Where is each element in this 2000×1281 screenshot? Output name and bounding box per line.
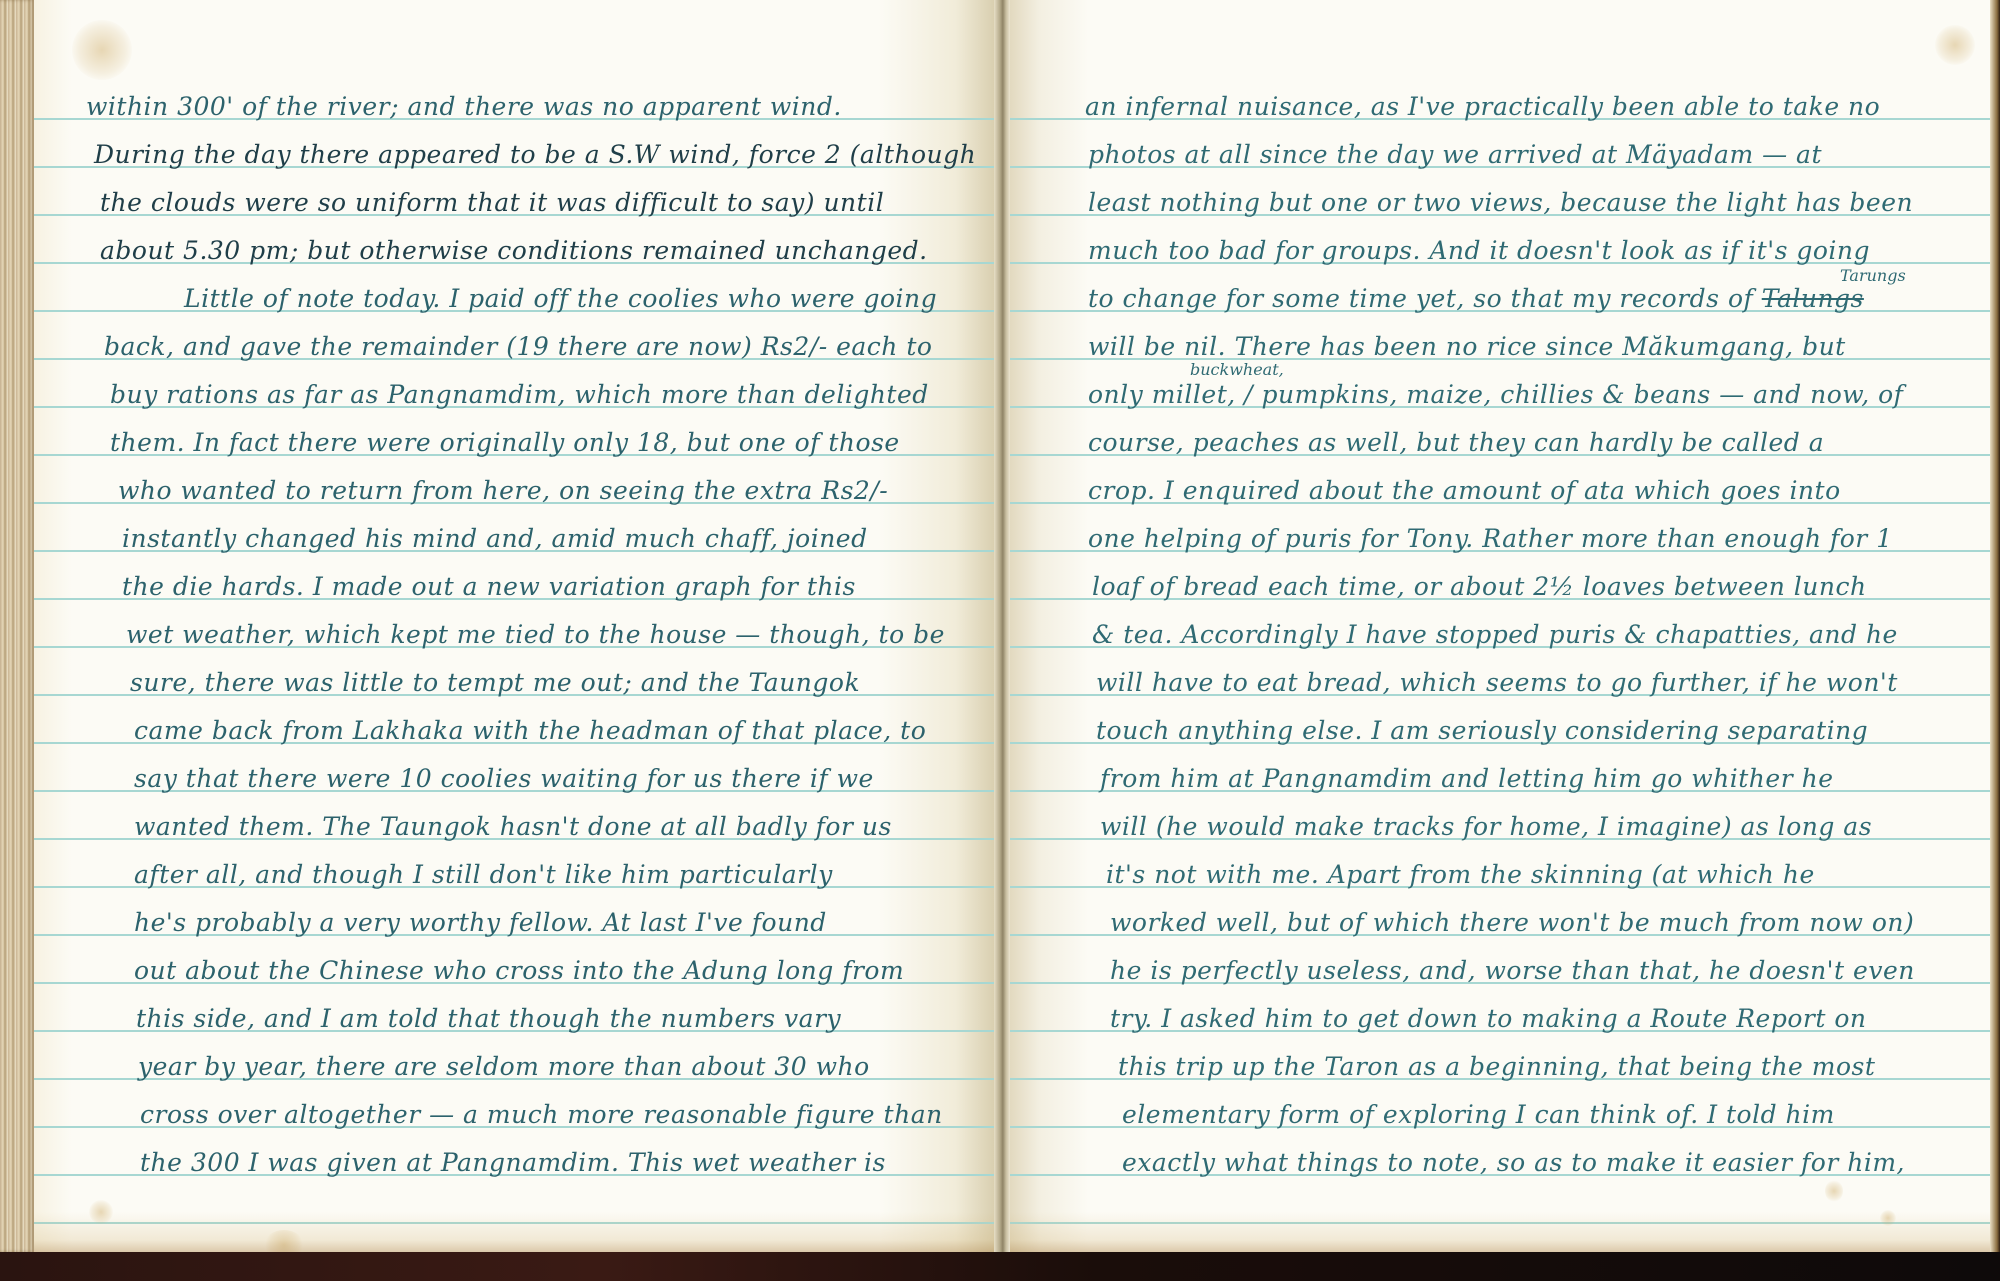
handwritten-line: elementary form of exploring I can think… — [1122, 1100, 1835, 1130]
handwritten-line: about 5.30 pm; but otherwise conditions … — [100, 236, 928, 266]
struck-word: Talungs — [1762, 284, 1864, 313]
handwritten-line: photos at all since the day we arrived a… — [1088, 140, 1822, 170]
handwritten-line: the clouds were so uniform that it was d… — [100, 188, 884, 218]
handwritten-line: an infernal nuisance, as I've practicall… — [1085, 92, 1880, 122]
handwritten-line: will have to eat bread, which seems to g… — [1096, 668, 1898, 698]
handwritten-line: crop. I enquired about the amount of ata… — [1088, 476, 1841, 506]
handwritten-line: to change for some time yet, so that my … — [1088, 284, 1864, 314]
handwritten-line: exactly what things to note, so as to ma… — [1122, 1148, 1905, 1178]
handwritten-line: cross over altogether — a much more reas… — [140, 1100, 943, 1130]
handwritten-line: will be nil. There has been no rice sinc… — [1088, 332, 1846, 362]
handwritten-line: came back from Lakhaka with the headman … — [134, 716, 926, 746]
handwritten-line: only millet, / pumpkins, maize, chillies… — [1088, 380, 1903, 410]
interlinear-insertion: buckwheat, — [1190, 360, 1284, 379]
handwritten-line: instantly changed his mind and, amid muc… — [122, 524, 868, 554]
book-page-edges-right — [1990, 0, 2000, 1252]
handwritten-line: say that there were 10 coolies waiting f… — [134, 764, 874, 794]
book-gutter — [994, 0, 1010, 1252]
handwritten-line: much too bad for groups. And it doesn't … — [1088, 236, 1870, 266]
handwritten-line: During the day there appeared to be a S.… — [94, 140, 976, 170]
book-page-edges-left — [0, 0, 34, 1252]
handwritten-line: sure, there was little to tempt me out; … — [130, 668, 860, 698]
interlinear-insertion: Tarungs — [1840, 266, 1906, 285]
handwritten-line: wet weather, which kept me tied to the h… — [126, 620, 945, 650]
handwritten-line: year by year, there are seldom more than… — [138, 1052, 870, 1082]
handwritten-line: & tea. Accordingly I have stopped puris … — [1092, 620, 1898, 650]
right-page: an infernal nuisance, as I've practicall… — [1010, 0, 1990, 1252]
handwritten-line: the 300 I was given at Pangnamdim. This … — [140, 1148, 886, 1178]
handwritten-line: loaf of bread each time, or about 2½ loa… — [1092, 572, 1867, 602]
handwritten-line: back, and gave the remainder (19 there a… — [104, 332, 932, 362]
handwritten-line: them. In fact there were originally only… — [110, 428, 900, 458]
handwritten-line: course, peaches as well, but they can ha… — [1088, 428, 1824, 458]
handwritten-line: he is perfectly useless, and, worse than… — [1110, 956, 1915, 986]
handwritten-line: who wanted to return from here, on seein… — [118, 476, 888, 506]
handwritten-line: buy rations as far as Pangnamdim, which … — [110, 380, 929, 410]
handwritten-line: after all, and though I still don't like… — [134, 860, 833, 890]
handwritten-line: from him at Pangnamdim and letting him g… — [1100, 764, 1834, 794]
left-page: within 300' of the river; and there was … — [34, 0, 994, 1252]
right-page-text: an infernal nuisance, as I've practicall… — [1010, 0, 1990, 1252]
handwritten-line: out about the Chinese who cross into the… — [134, 956, 904, 986]
handwritten-line: the die hards. I made out a new variatio… — [122, 572, 856, 602]
book-cover-bottom — [0, 1252, 2000, 1281]
journal-spread: within 300' of the river; and there was … — [0, 0, 2000, 1252]
handwritten-line: try. I asked him to get down to making a… — [1110, 1004, 1866, 1034]
handwritten-line: it's not with me. Apart from the skinnin… — [1106, 860, 1815, 890]
handwritten-line: he's probably a very worthy fellow. At l… — [134, 908, 827, 938]
handwritten-line: one helping of puris for Tony. Rather mo… — [1088, 524, 1893, 554]
handwritten-line: Little of note today. I paid off the coo… — [184, 284, 937, 314]
handwritten-line: this trip up the Taron as a beginning, t… — [1118, 1052, 1875, 1082]
handwritten-line: touch anything else. I am seriously cons… — [1096, 716, 1868, 746]
handwritten-line: this side, and I am told that though the… — [136, 1004, 841, 1034]
handwritten-line: will (he would make tracks for home, I i… — [1100, 812, 1872, 842]
line-text: to change for some time yet, so that my … — [1088, 284, 1753, 313]
handwritten-line: least nothing but one or two views, beca… — [1088, 188, 1913, 218]
handwritten-line: within 300' of the river; and there was … — [86, 92, 842, 122]
handwritten-line: worked well, but of which there won't be… — [1110, 908, 1914, 938]
left-page-text: within 300' of the river; and there was … — [34, 0, 994, 1252]
handwritten-line: wanted them. The Taungok hasn't done at … — [134, 812, 892, 842]
